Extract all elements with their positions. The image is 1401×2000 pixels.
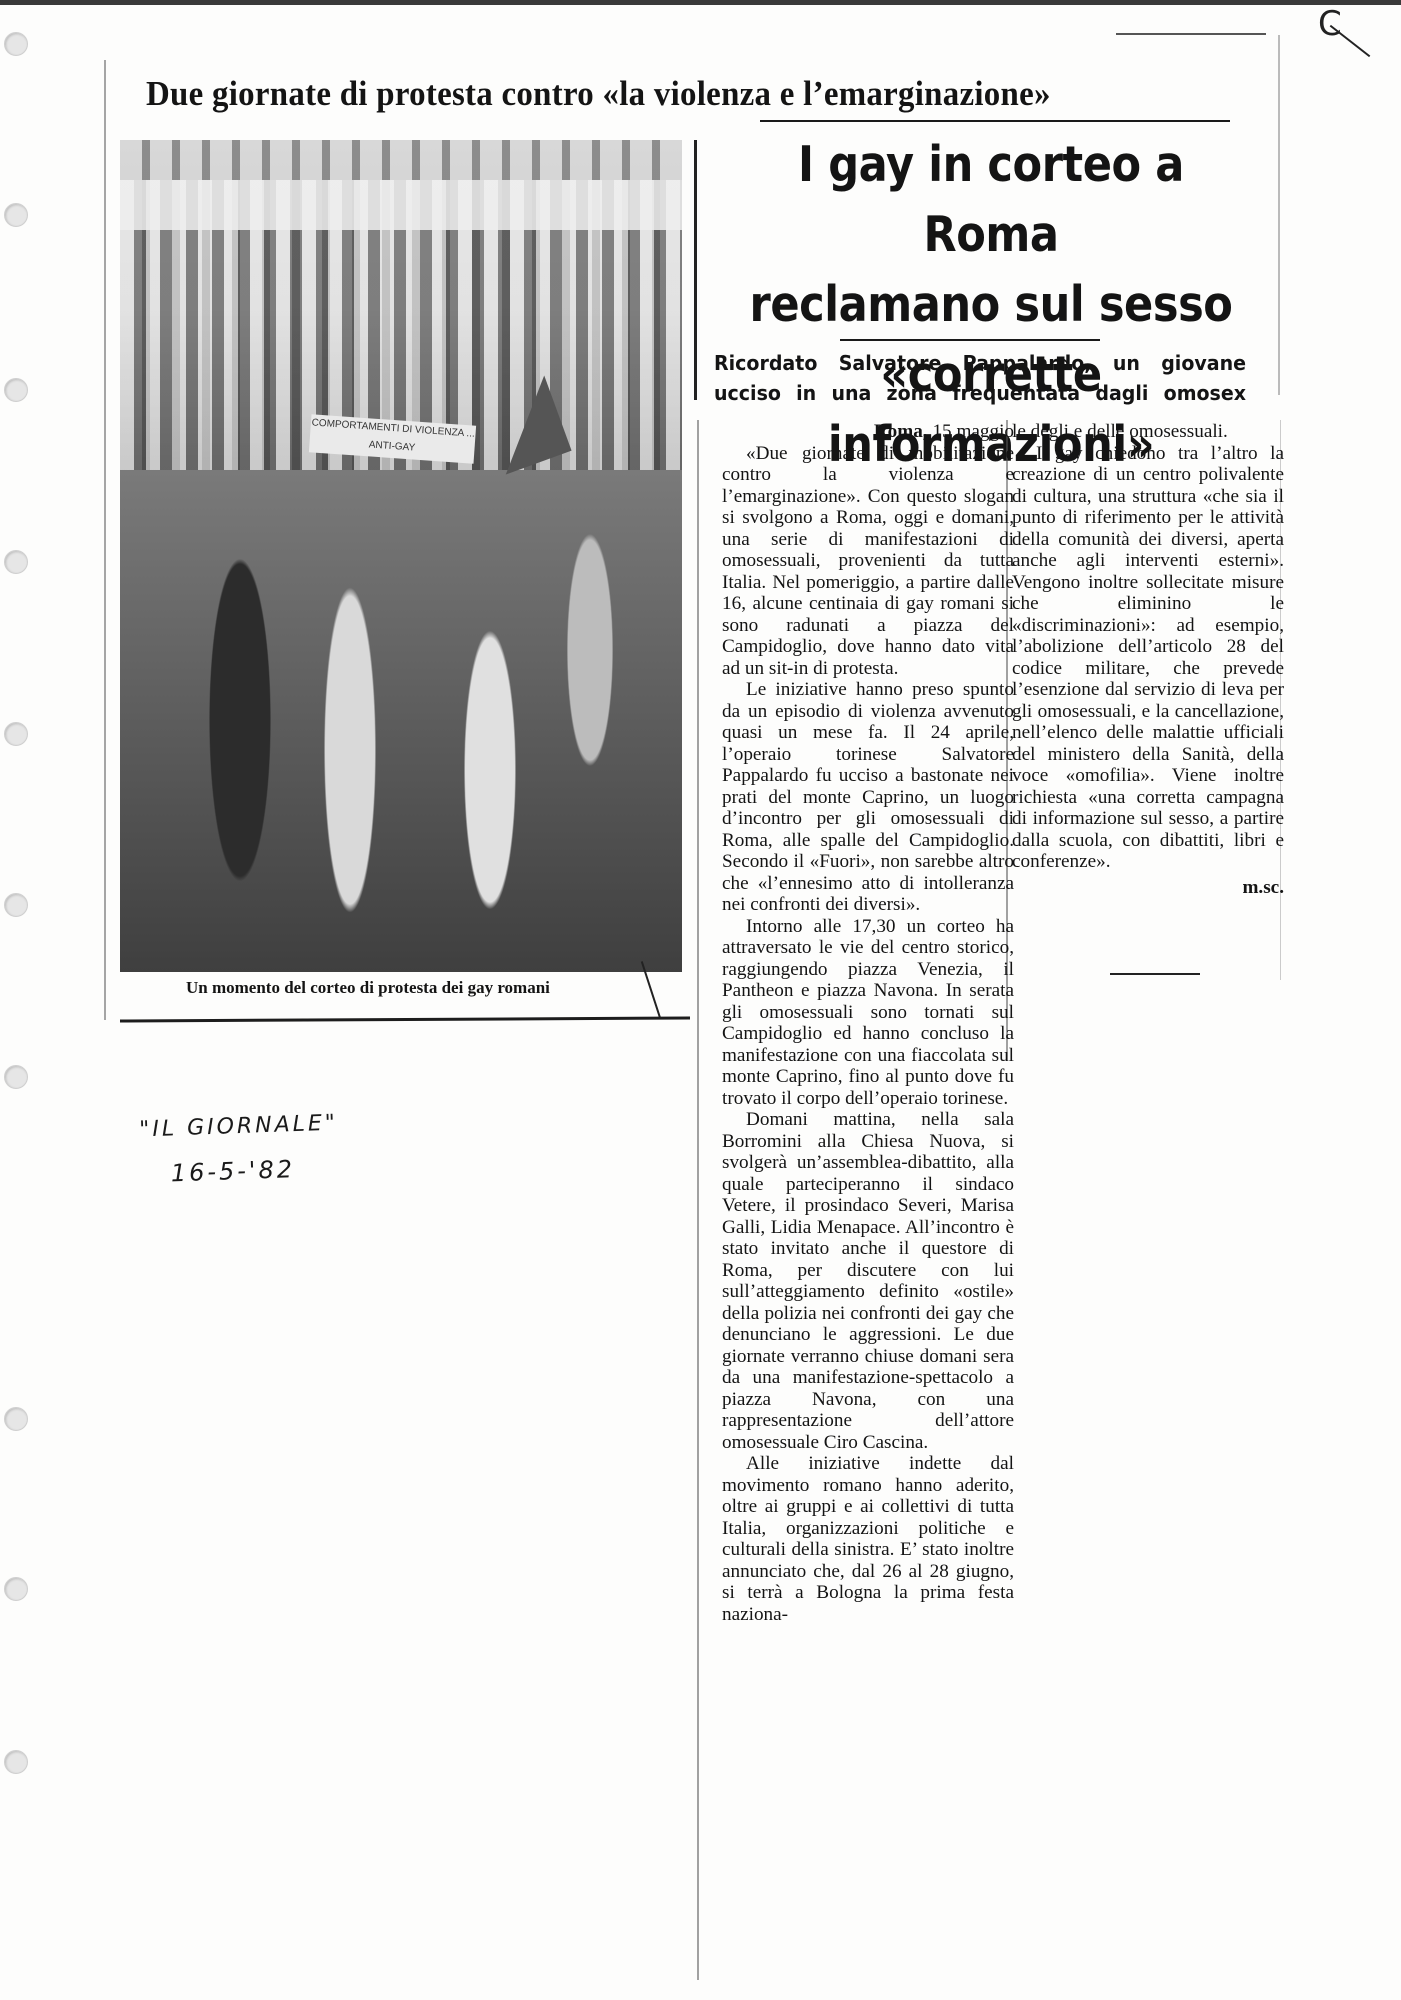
paragraph: «Due giornate di mobilitazione contro la…	[722, 443, 1014, 680]
paragraph: Intorno alle 17,30 un corteo ha attraver…	[722, 916, 1014, 1110]
dateline-place: Roma,	[874, 421, 928, 442]
handwritten-source: "IL GIORNALE"	[139, 1102, 339, 1153]
paragraph: I gay chiedono tra l’altro la creazione …	[1012, 443, 1284, 873]
paragraph: Alle iniziative indette dal movimento ro…	[722, 1453, 1014, 1625]
article-photo: COMPORTAMENTI DI VIOLENZA ... ANTI-GAY	[120, 140, 682, 972]
article-column-2: le degli e delle omosessuali. I gay chie…	[1012, 421, 1284, 898]
photo-monument-roof	[120, 180, 682, 230]
punch-hole	[4, 203, 28, 227]
headline-line: reclamano sul sesso	[740, 270, 1242, 340]
punch-hole	[4, 378, 28, 402]
kicker-rule	[760, 120, 1230, 122]
clipping-edge	[104, 60, 106, 1020]
punch-hole	[4, 893, 28, 917]
photo-crowd	[120, 470, 682, 972]
punch-hole	[4, 32, 28, 56]
paragraph: Le iniziative hanno preso spunto da un e…	[722, 679, 1014, 916]
handwritten-annotation: "IL GIORNALE" 16-5-'82	[139, 1102, 341, 1197]
clipping-edge	[1278, 35, 1280, 395]
end-rule	[1110, 973, 1200, 975]
scan-top-edge	[0, 0, 1401, 5]
punch-hole	[4, 722, 28, 746]
paragraph: le degli e delle omosessuali.	[1012, 421, 1284, 443]
caption-rule	[120, 1017, 690, 1023]
punch-hole	[4, 1577, 28, 1601]
dateline-date: 15 maggio	[932, 421, 1014, 442]
punch-hole	[4, 1407, 28, 1431]
article-column-1: Roma, 15 maggio «Due giornate di mobilit…	[722, 421, 1014, 1625]
author-signature: m.sc.	[1012, 877, 1284, 899]
column-rule	[697, 420, 699, 1980]
clipping-edge	[1116, 33, 1266, 35]
headline-line: I gay in corteo a Roma	[740, 130, 1242, 270]
punch-hole	[4, 550, 28, 574]
handwritten-date: 16-5-'82	[140, 1146, 340, 1197]
headline-column-rule	[694, 140, 697, 400]
article-subhead: Ricordato Salvatore Pappalardo, un giova…	[714, 348, 1246, 408]
punch-hole	[4, 1065, 28, 1089]
paragraph: Domani mattina, nella sala Borromini all…	[722, 1109, 1014, 1453]
article-kicker: Due giornate di protesta contro «la viol…	[146, 74, 1189, 114]
headline-rule	[840, 339, 1100, 341]
punch-hole	[4, 1750, 28, 1774]
dateline: Roma, 15 maggio	[722, 421, 1014, 443]
photo-caption: Un momento del corteo di protesta dei ga…	[186, 978, 656, 998]
